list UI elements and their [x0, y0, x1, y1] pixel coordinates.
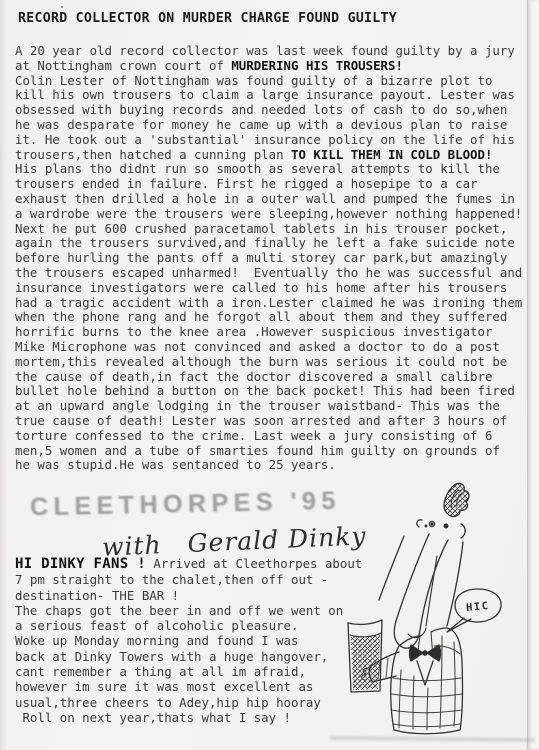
text-line: back at Dinky Towers with a huge hangove…	[15, 649, 362, 664]
text-line: Roll on next year,thats what I say !	[15, 710, 362, 725]
drunk-man-cartoon: HIC	[333, 478, 535, 750]
text-line: His plans tho didnt run so smooth as sev…	[15, 162, 522, 177]
text-line: destination- THE BAR !	[15, 588, 362, 603]
text-line: a wardrobe were the trousers were sleepi…	[15, 207, 522, 222]
speech-bubble: HIC	[447, 589, 501, 632]
text-line: Next he put 600 crushed paracetamol tabl…	[15, 222, 522, 237]
eyes-icon	[417, 520, 465, 538]
ink-speck	[61, 6, 63, 8]
text-line: he was stupid.He was sentanced to 25 yea…	[15, 458, 522, 473]
ear-icon	[461, 524, 465, 538]
scan-edge-left	[0, 0, 7, 750]
bold-emphasis: TO KILL THEM IN COLD BLOOD!	[291, 147, 492, 162]
text-line: when the phone rang and he forgot all ab…	[15, 310, 522, 325]
text-line: the trousers escaped unharmed! Eventuall…	[15, 266, 522, 281]
text-line: bullet hole behind a button on the back …	[15, 384, 522, 399]
text-line: obsessed with buying records and needed …	[15, 103, 522, 118]
beer-glass-icon	[348, 620, 382, 692]
text-line: horrific burns to the knee area .However…	[15, 325, 522, 340]
text-line: 7 pm straight to the chalet,then off out…	[15, 572, 362, 587]
article-body: A 20 year old record collector was last …	[15, 44, 522, 473]
text-line: men,5 women and a tube of smarties found…	[15, 444, 522, 459]
text-line: it. He took out a 'substantial' insuranc…	[15, 133, 522, 148]
text-line: A 20 year old record collector was last …	[15, 44, 522, 59]
speech-bubble-text: HIC	[466, 600, 490, 614]
bold-emphasis: MURDERING HIS TROUSERS!	[231, 58, 403, 73]
text-line: HI DINKY FANS ! Arrived at Cleethorpes a…	[15, 556, 362, 572]
text-line: however im sure it was most excellent as	[15, 679, 362, 694]
text-line: at Nottingham crown court of MURDERING H…	[15, 59, 522, 74]
text-line: torture confessed to the crime. Last wee…	[15, 429, 522, 444]
dinky-report-body: HI DINKY FANS ! Arrived at Cleethorpes a…	[15, 556, 362, 725]
jaw-line	[447, 542, 463, 626]
text-line: The chaps got the beer in and off we wen…	[15, 603, 362, 618]
text-line: had a tragic accident with a iron.Lester…	[15, 296, 522, 311]
scan-edge-right	[527, 0, 539, 750]
text-line: insurance investigators were called to h…	[15, 281, 522, 296]
fanzine-page: RECORD COLLECTOR ON MURDER CHARGE FOUND …	[0, 0, 539, 750]
text-line: again the trousers survived,and finally …	[15, 236, 522, 251]
article-title: RECORD COLLECTOR ON MURDER CHARGE FOUND …	[18, 11, 397, 26]
text-line: Colin Lester of Nottingham was found gui…	[15, 74, 522, 89]
nose-icon	[394, 534, 448, 648]
text-line: cant remember a thing at all im afraid,	[15, 664, 362, 679]
bow-tie-icon	[410, 645, 441, 661]
text-line: he was desparate for money he came up wi…	[15, 118, 522, 133]
text-line: usual,three cheers to Adey,hip hip hoora…	[15, 695, 362, 710]
text-line: at an upward angle lodging in the trouse…	[15, 399, 522, 414]
text-line: true cause of death! Lester was soon arr…	[15, 414, 522, 429]
text-line: trousers ended in failure. First he rigg…	[15, 177, 522, 192]
text-line: Woke up Monday morning and found I was	[15, 633, 362, 648]
text-line: mortem,this revealed although the burn w…	[15, 355, 522, 370]
text-line: trousers,then hatched a cunning plan TO …	[15, 148, 522, 163]
text-line: exhaust then drilled a hole in a outer w…	[15, 192, 522, 207]
shirt-collar	[417, 661, 433, 685]
hair-tuft-icon	[444, 484, 469, 517]
headline-emphasis: HI DINKY FANS !	[15, 556, 146, 572]
text-line: Mike Microphone was not convinced and as…	[15, 340, 522, 355]
text-line: a serious feast of alcoholic pleasure.	[15, 618, 362, 633]
cheek-line	[379, 536, 404, 600]
text-line: before hurling the pants off a multi sto…	[15, 251, 522, 266]
text-line: kill his own trousers to claim a large i…	[15, 88, 522, 103]
cleethorpes-stamp: CLEETHORPES '95	[30, 487, 341, 523]
text-line: the cause of death,in fact the doctor di…	[15, 370, 522, 385]
